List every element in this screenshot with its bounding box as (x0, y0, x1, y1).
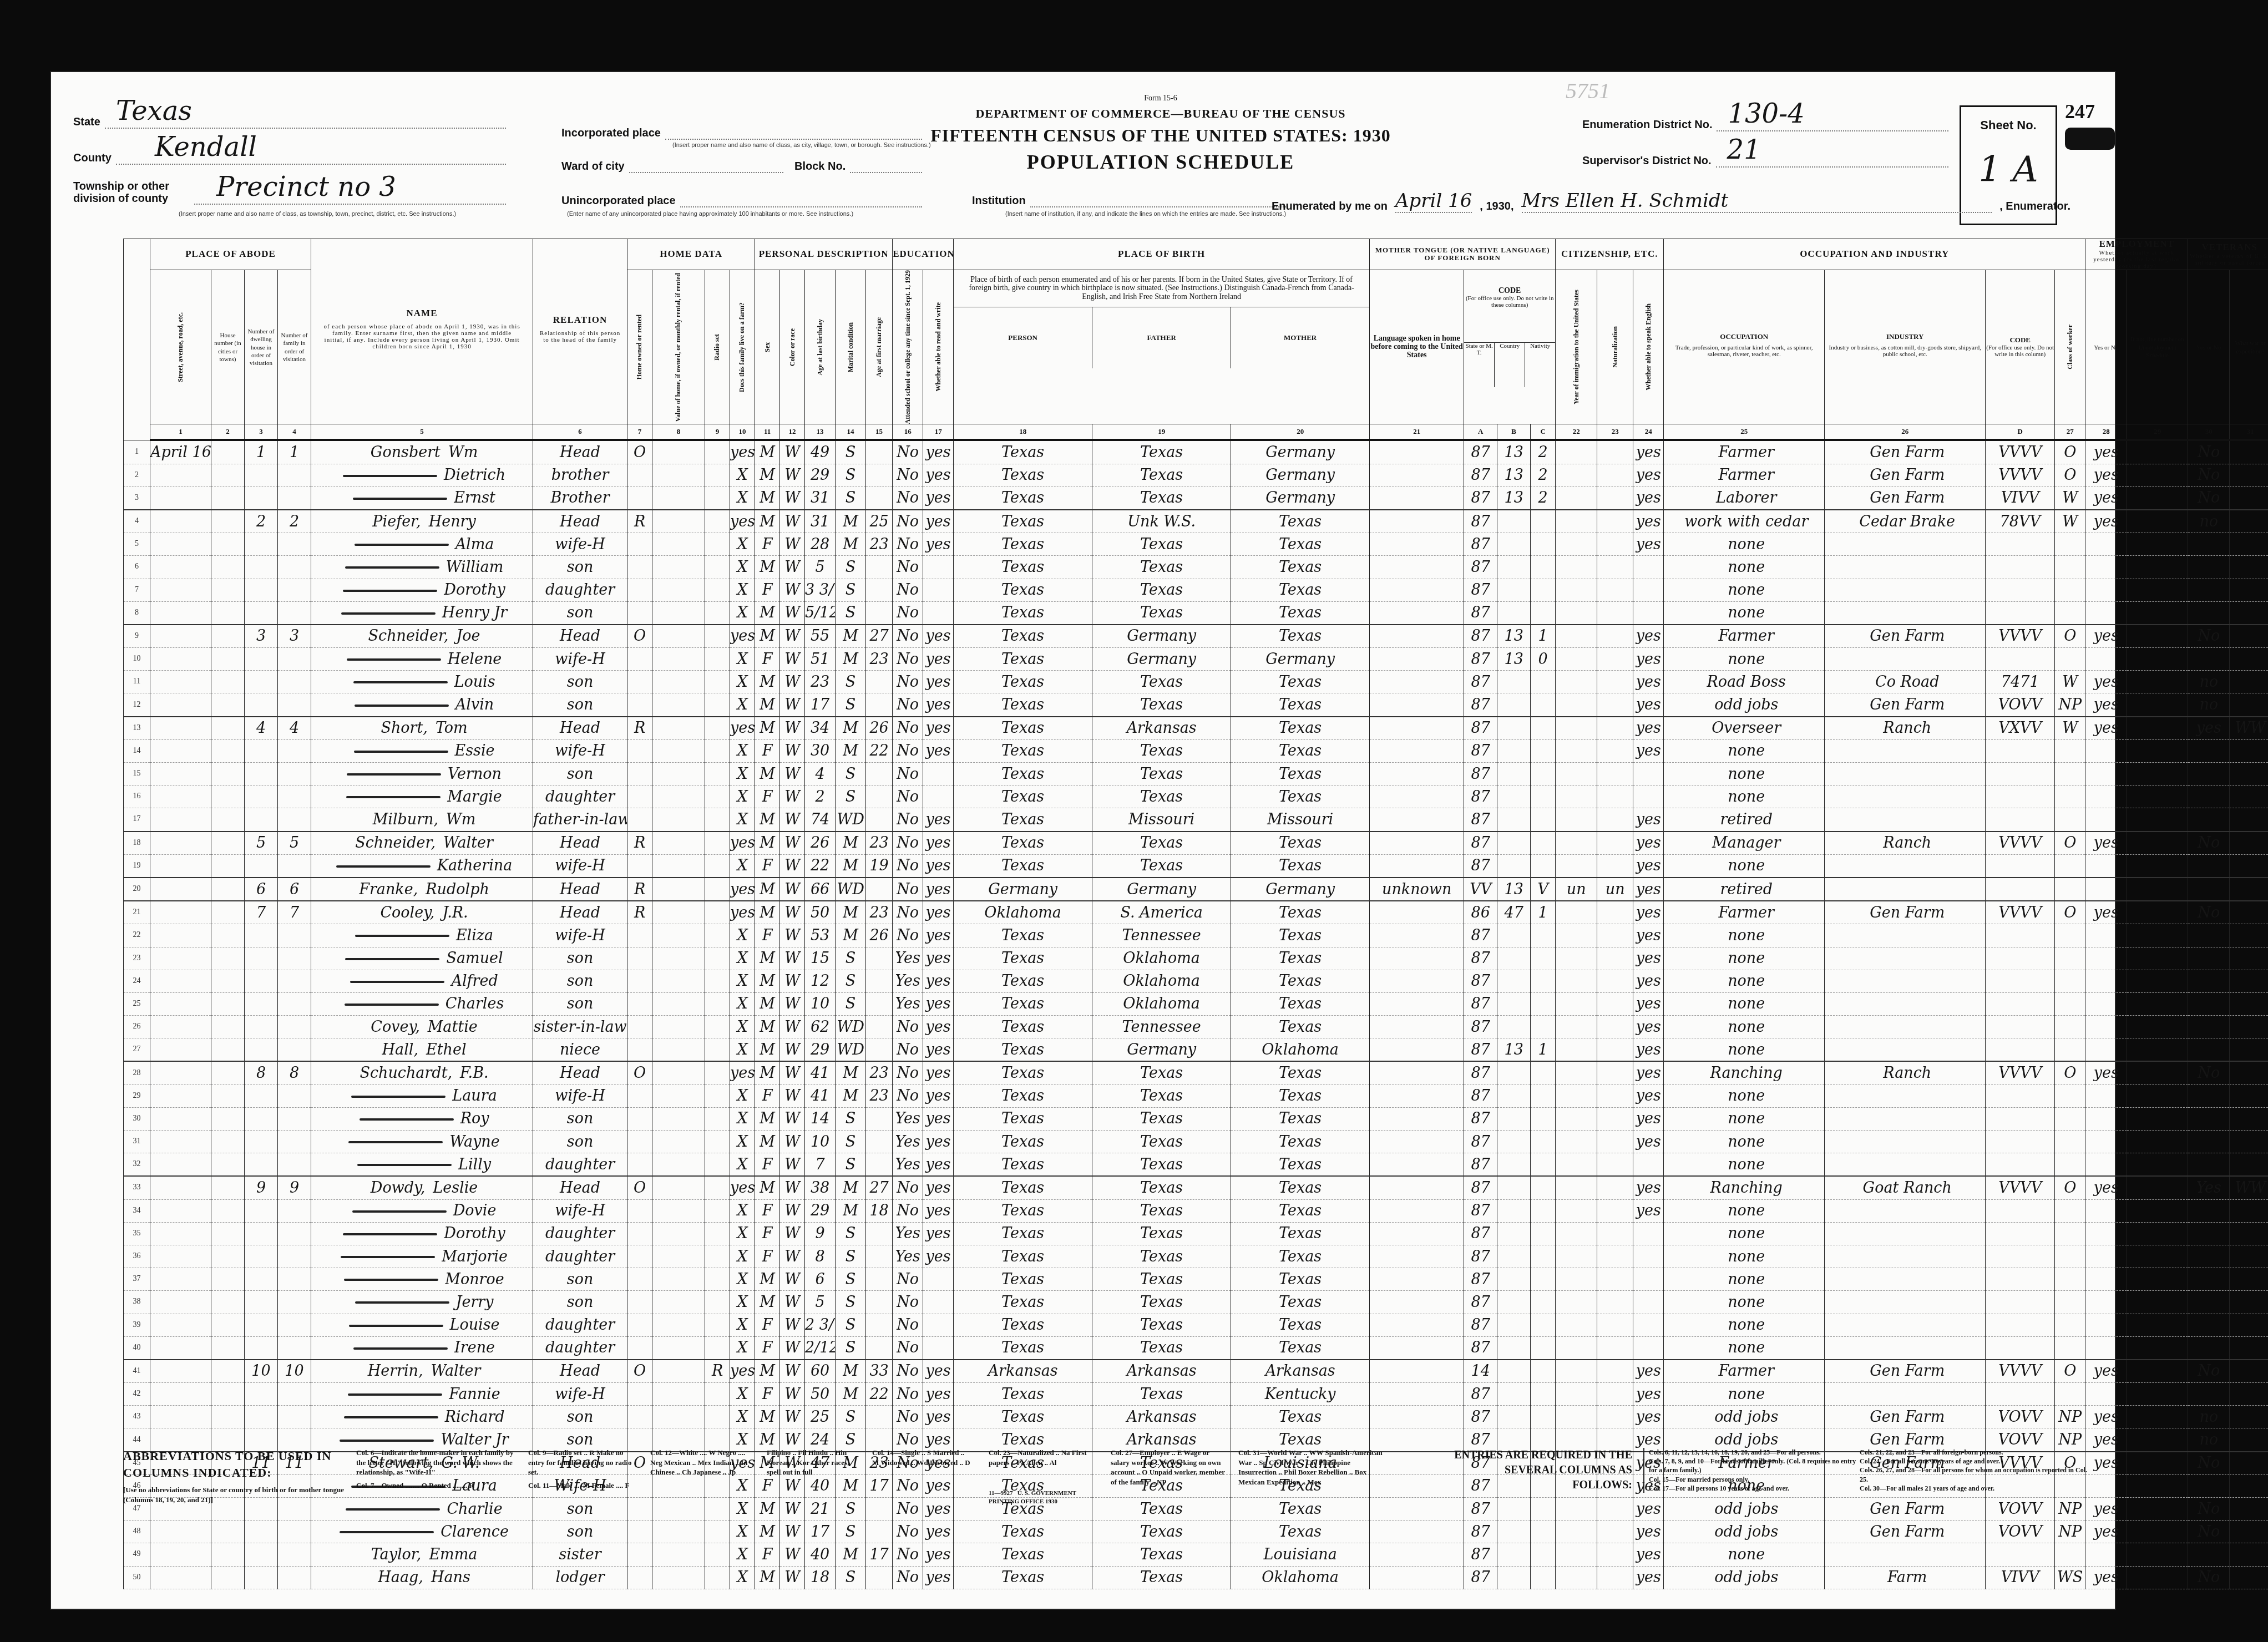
cell-dwelling (245, 1406, 278, 1428)
cell-family: 10 (278, 1360, 311, 1383)
cell-code-d (1986, 1291, 2055, 1314)
cell-at-work (2085, 601, 2127, 625)
cell-pob-father: Arkansas (1092, 1360, 1231, 1383)
ditto-dash (346, 796, 441, 798)
given-name: Fannie (449, 1386, 500, 1403)
cell-race: W (780, 579, 805, 601)
table-row: 8Henry JrsonXMW5/12SNoTexasTexasTexas87n… (124, 601, 2268, 625)
cell-street (150, 1383, 211, 1406)
cell-radio (705, 739, 730, 762)
cell-race: W (780, 648, 805, 671)
cell-english: yes (1633, 486, 1664, 510)
cell-occupation: Laborer (1664, 486, 1825, 510)
cell-occupation: Overseer (1664, 717, 1825, 740)
cell-occupation: none (1664, 556, 1825, 579)
cell-relation: daughter (533, 785, 627, 808)
cell-value (652, 1061, 705, 1084)
cell-code-d (1986, 533, 2055, 556)
cell-value (652, 510, 705, 533)
col-dwelling: Number of dwelling house in order of vis… (245, 270, 278, 424)
cell-at-work (2085, 533, 2127, 556)
cell-code-b (1497, 992, 1531, 1015)
cell-dwelling (245, 1131, 278, 1153)
cell-at-work (2085, 1199, 2127, 1222)
cell-dwelling (245, 785, 278, 808)
cell-dwelling (245, 1268, 278, 1291)
cell-english: yes (1633, 1199, 1664, 1222)
cell-war (2230, 1038, 2268, 1062)
cell-first-marriage (866, 440, 893, 464)
cell-first-marriage (866, 1107, 893, 1130)
cell-sex: F (755, 854, 780, 878)
entries-4: Col. 17—For all persons 10 years of age … (1649, 1484, 1860, 1493)
cell-unemp (2127, 1222, 2188, 1245)
cell-industry (1825, 1131, 1986, 1153)
cell-read: yes (923, 1153, 954, 1177)
cell-line: 1 (124, 440, 150, 464)
cell-imm (1556, 533, 1597, 556)
table-row: 17Milburn,Wmfather-in-lawXMW74WDNoyesTex… (124, 808, 2268, 832)
cell-pob-mother: Texas (1231, 992, 1370, 1015)
cell-radio (705, 440, 730, 464)
ward-label: Ward of city (561, 160, 625, 173)
cell-marital: M (836, 717, 866, 740)
cell-family (278, 1291, 311, 1314)
cell-home: O (627, 625, 652, 648)
cell-sex: M (755, 1131, 780, 1153)
cell-radio (705, 693, 730, 717)
cell-code-c (1531, 556, 1556, 579)
cell-race: W (780, 625, 805, 648)
cell-code-b: 13 (1497, 464, 1531, 486)
cell-english: yes (1633, 693, 1664, 717)
cell-sex: F (755, 785, 780, 808)
cell-marital: S (836, 693, 866, 717)
cell-first-marriage (866, 1245, 893, 1268)
cell-veteran (2188, 1016, 2230, 1038)
cell-radio (705, 648, 730, 671)
cell-name: Charles (311, 992, 533, 1015)
cell-code-b (1497, 1153, 1531, 1177)
census-sheet: State Texas County Kendall Township or o… (51, 72, 2115, 1609)
cell-unemp (2127, 693, 2188, 717)
cell-code-d (1986, 1153, 2055, 1177)
cell-house (211, 1336, 245, 1360)
cell-marital: S (836, 1291, 866, 1314)
cell-worker (2055, 1222, 2085, 1245)
cell-unemp (2127, 763, 2188, 785)
cell-pob: Texas (954, 1268, 1092, 1291)
cell-family (278, 763, 311, 785)
cell-radio (705, 947, 730, 970)
cell-value (652, 1084, 705, 1107)
cell-dwelling: 9 (245, 1176, 278, 1199)
cell-code-d (1986, 1314, 2055, 1336)
cell-lang (1370, 1107, 1464, 1130)
cell-pob-mother: Oklahoma (1231, 1566, 1370, 1589)
cell-line: 34 (124, 1199, 150, 1222)
cell-war (2230, 1336, 2268, 1360)
supervisor-district-value: 21 (1727, 134, 1761, 165)
unincorporated-field: Unincorporated place (561, 190, 922, 207)
cell-imm (1556, 1245, 1597, 1268)
cell-english (1633, 1268, 1664, 1291)
institution-label: Institution (972, 195, 1026, 207)
table-row: 31WaynesonXMW10SYesyesTexasTexasTexas87y… (124, 1131, 2268, 1153)
cell-pob-father: Texas (1092, 1245, 1231, 1268)
cell-at-work (2085, 992, 2127, 1015)
cell-code-b (1497, 1176, 1531, 1199)
cell-relation: Head (533, 901, 627, 924)
table-row: 50Haag,HanslodgerXMW18SNoyesTexasTexasOk… (124, 1566, 2268, 1589)
cell-code-c (1531, 1245, 1556, 1268)
cell-read: yes (923, 854, 954, 878)
cell-industry: Gen Farm (1825, 625, 1986, 648)
cell-line: 42 (124, 1383, 150, 1406)
cell-unemp (2127, 854, 2188, 878)
cell-value (652, 785, 705, 808)
cell-unemp (2127, 601, 2188, 625)
cell-first-marriage (866, 1336, 893, 1360)
cell-veteran: No (2188, 1521, 2230, 1543)
cell-line: 28 (124, 1061, 150, 1084)
cell-unemp (2127, 1107, 2188, 1130)
cell-street (150, 1084, 211, 1107)
cell-radio (705, 1016, 730, 1038)
cell-first-marriage (866, 579, 893, 601)
cell-pob: Arkansas (954, 1360, 1092, 1383)
cell-family (278, 1199, 311, 1222)
cell-unemp (2127, 1199, 2188, 1222)
cell-imm (1556, 1131, 1597, 1153)
cell-house (211, 1383, 245, 1406)
cell-lang (1370, 739, 1464, 762)
cell-imm (1556, 601, 1597, 625)
cell-house (211, 510, 245, 533)
cell-line: 13 (124, 717, 150, 740)
cell-occupation: Farmer (1664, 440, 1825, 464)
cell-nat (1597, 1107, 1633, 1130)
cell-at-work (2085, 556, 2127, 579)
cell-pob-mother: Texas (1231, 739, 1370, 762)
cell-name: Alvin (311, 693, 533, 717)
cell-code-a: 87 (1464, 671, 1497, 693)
cell-code-b (1497, 1314, 1531, 1336)
cell-relation: son (533, 671, 627, 693)
cell-pob: Texas (954, 1107, 1092, 1130)
cell-pob-mother: Texas (1231, 1245, 1370, 1268)
cell-relation: son (533, 1406, 627, 1428)
cell-street (150, 464, 211, 486)
col-home-owned: Home owned or rented (627, 270, 652, 424)
cell-code-d (1986, 1016, 2055, 1038)
cell-value (652, 625, 705, 648)
cell-code-a: 87 (1464, 854, 1497, 878)
cell-street (150, 1245, 211, 1268)
cell-code-c (1531, 1268, 1556, 1291)
cell-first-marriage (866, 1222, 893, 1245)
cell-home (627, 1131, 652, 1153)
schedule-rows: 1April 1611GonsbertWmHeadOyesMW49SNoyesT… (124, 440, 2268, 1589)
cell-race: W (780, 510, 805, 533)
cell-code-d (1986, 601, 2055, 625)
cell-value (652, 1016, 705, 1038)
cell-code-d (1986, 854, 2055, 878)
cell-house (211, 440, 245, 464)
cell-pob-mother: Texas (1231, 901, 1370, 924)
cell-line: 40 (124, 1336, 150, 1360)
cell-unemp (2127, 1521, 2188, 1543)
cell-imm (1556, 1314, 1597, 1336)
cell-pob-father: Texas (1092, 1153, 1231, 1177)
cell-worker: O (2055, 1061, 2085, 1084)
cell-line: 19 (124, 854, 150, 878)
cell-unemp (2127, 1291, 2188, 1314)
cell-marital: M (836, 854, 866, 878)
cell-house (211, 947, 245, 970)
cell-nat: un (1597, 878, 1633, 901)
cell-war (2230, 808, 2268, 832)
ditto-dash (341, 612, 436, 615)
cell-dwelling: 3 (245, 625, 278, 648)
cell-sex: M (755, 1038, 780, 1062)
cell-code-c (1531, 717, 1556, 740)
cell-war (2230, 1268, 2268, 1291)
cell-occupation: none (1664, 1336, 1825, 1360)
table-row: 24AlfredsonXMW12SYesyesTexasOklahomaTexa… (124, 970, 2268, 992)
cell-school: No (893, 648, 923, 671)
cell-lang (1370, 440, 1464, 464)
cell-read (923, 601, 954, 625)
cell-at-work (2085, 924, 2127, 947)
cell-code-b (1497, 556, 1531, 579)
cell-industry: Gen Farm (1825, 693, 1986, 717)
cell-read (923, 556, 954, 579)
cell-relation: son (533, 1131, 627, 1153)
cell-house (211, 1245, 245, 1268)
cell-war (2230, 1406, 2268, 1428)
cell-code-a: 87 (1464, 464, 1497, 486)
cell-street (150, 854, 211, 878)
cell-code-b (1497, 1383, 1531, 1406)
cell-code-d (1986, 992, 2055, 1015)
cell-code-c (1531, 1016, 1556, 1038)
cell-pob-mother: Texas (1231, 854, 1370, 878)
cell-english: yes (1633, 1131, 1664, 1153)
cell-english: yes (1633, 464, 1664, 486)
cell-english: yes (1633, 1061, 1664, 1084)
col-immigration: Year of immigration to the United States (1556, 270, 1597, 424)
cell-race: W (780, 970, 805, 992)
cell-veteran: Yes (2188, 1176, 2230, 1199)
cell-relation: Head (533, 510, 627, 533)
cell-line: 15 (124, 763, 150, 785)
cell-marital: S (836, 1314, 866, 1336)
cell-marital: M (836, 533, 866, 556)
cell-read: yes (923, 1107, 954, 1130)
cell-occupation: none (1664, 1016, 1825, 1038)
cell-code-c (1531, 1360, 1556, 1383)
cell-sex: M (755, 717, 780, 740)
cell-english (1633, 1222, 1664, 1245)
cell-name: Dietrich (311, 464, 533, 486)
cell-farm: X (730, 1406, 755, 1428)
cell-first-marriage: 26 (866, 717, 893, 740)
cell-family (278, 1245, 311, 1268)
cell-sex: F (755, 739, 780, 762)
given-name: Wm (448, 444, 478, 461)
ditto-dash (353, 498, 447, 500)
given-name: Katherina (437, 857, 513, 874)
cell-race: W (780, 1268, 805, 1291)
cell-pob: Texas (954, 1245, 1092, 1268)
cell-relation: sister-in-law (533, 1016, 627, 1038)
cell-pob-father: Texas (1092, 763, 1231, 785)
cell-sex: M (755, 1360, 780, 1383)
cell-school: No (893, 1268, 923, 1291)
cell-read (923, 785, 954, 808)
cell-race: W (780, 924, 805, 947)
cell-industry (1825, 601, 1986, 625)
abbrev-col12: Col. 12—White .... W Negro .... Neg Mexi… (650, 1448, 756, 1477)
cell-home (627, 808, 652, 832)
cell-home (627, 1314, 652, 1336)
cell-first-marriage (866, 992, 893, 1015)
cell-sex: M (755, 832, 780, 855)
cell-lang (1370, 1199, 1464, 1222)
cell-value (652, 1038, 705, 1062)
cell-radio (705, 1061, 730, 1084)
cell-street (150, 1566, 211, 1589)
cell-dwelling (245, 739, 278, 762)
cell-sex: F (755, 1199, 780, 1222)
cell-occupation: none (1664, 854, 1825, 878)
cell-nat (1597, 1336, 1633, 1360)
relation-instructions: Relationship of this person to the head … (533, 326, 627, 348)
cell-pob-mother: Texas (1231, 579, 1370, 601)
cell-age: 29 (805, 1038, 836, 1062)
cell-radio (705, 625, 730, 648)
cell-family (278, 970, 311, 992)
cell-farm: yes (730, 901, 755, 924)
cell-english: yes (1633, 671, 1664, 693)
cell-farm: X (730, 854, 755, 878)
cell-street (150, 486, 211, 510)
cell-war (2230, 464, 2268, 486)
cell-radio (705, 854, 730, 878)
cell-age: 31 (805, 510, 836, 533)
cell-dwelling (245, 464, 278, 486)
cell-name: Vernon (311, 763, 533, 785)
cell-pob-mother: Texas (1231, 1084, 1370, 1107)
cell-age: 26 (805, 832, 836, 855)
cell-nat (1597, 1131, 1633, 1153)
cell-age: 51 (805, 648, 836, 671)
cell-read: yes (923, 1061, 954, 1084)
group-relation: RELATIONRelationship of this person to t… (533, 239, 627, 424)
population-schedule-table: PLACE OF ABODE NAMEof each person whose … (123, 239, 2268, 1589)
cell-farm: X (730, 785, 755, 808)
cell-industry (1825, 808, 1986, 832)
form-number: Form 15-6 (883, 94, 1438, 103)
cell-read (923, 1314, 954, 1336)
cell-value (652, 878, 705, 901)
cell-farm: X (730, 601, 755, 625)
cell-farm: X (730, 1038, 755, 1062)
cell-value (652, 739, 705, 762)
cell-radio (705, 808, 730, 832)
cell-war (2230, 1291, 2268, 1314)
cell-english (1633, 1336, 1664, 1360)
cell-industry (1825, 1107, 1986, 1130)
cell-occupation: Road Boss (1664, 671, 1825, 693)
cell-dwelling: 4 (245, 717, 278, 740)
cell-pob: Texas (954, 601, 1092, 625)
group-veterans: VETERANSWhether a veteran of U. S. milit… (2188, 239, 2268, 270)
cell-code-b (1497, 832, 1531, 855)
table-row: 12AlvinsonXMW17SNoyesTexasTexasTexas87ye… (124, 693, 2268, 717)
cell-at-work: yes (2085, 901, 2127, 924)
cell-war (2230, 1222, 2268, 1245)
cell-family (278, 1406, 311, 1428)
cell-veteran (2188, 1543, 2230, 1566)
cell-first-marriage (866, 1153, 893, 1177)
cell-value (652, 854, 705, 878)
ward-field: Ward of city (561, 155, 783, 173)
surname: Covey, (371, 1018, 419, 1036)
cell-code-c: 1 (1531, 625, 1556, 648)
cell-school: Yes (893, 947, 923, 970)
cell-sex: M (755, 1176, 780, 1199)
cell-code-a: 87 (1464, 717, 1497, 740)
cell-pob-mother: Texas (1231, 785, 1370, 808)
cell-at-work (2085, 1222, 2127, 1245)
cell-veteran (2188, 785, 2230, 808)
cell-pob: Texas (954, 556, 1092, 579)
cell-war (2230, 924, 2268, 947)
cell-street (150, 625, 211, 648)
cell-unemp (2127, 1153, 2188, 1177)
cell-industry (1825, 579, 1986, 601)
cell-worker (2055, 947, 2085, 970)
cell-farm: yes (730, 832, 755, 855)
cell-race: W (780, 992, 805, 1015)
cell-relation: son (533, 1107, 627, 1130)
cell-pob-father: Germany (1092, 878, 1231, 901)
cell-occupation: none (1664, 1383, 1825, 1406)
cell-nat (1597, 533, 1633, 556)
cell-race: W (780, 1383, 805, 1406)
unincorporated-label: Unincorporated place (561, 195, 676, 207)
cell-veteran (2188, 1291, 2230, 1314)
cell-house (211, 1084, 245, 1107)
cell-marital: S (836, 601, 866, 625)
cell-street (150, 1268, 211, 1291)
abbrev-col31: Col. 31—World War .. WW Spanish-American… (1238, 1448, 1383, 1487)
cell-imm (1556, 1360, 1597, 1383)
table-row: 38JerrysonXMW5SNoTexasTexasTexas87none (124, 1291, 2268, 1314)
cell-english (1633, 579, 1664, 601)
cell-home (627, 556, 652, 579)
cell-race: W (780, 1314, 805, 1336)
cell-read: yes (923, 739, 954, 762)
cell-radio (705, 1383, 730, 1406)
cell-street (150, 763, 211, 785)
cell-pob-father: Texas (1092, 1061, 1231, 1084)
cell-family: 8 (278, 1061, 311, 1084)
cell-english (1633, 1291, 1664, 1314)
cell-imm (1556, 440, 1597, 464)
